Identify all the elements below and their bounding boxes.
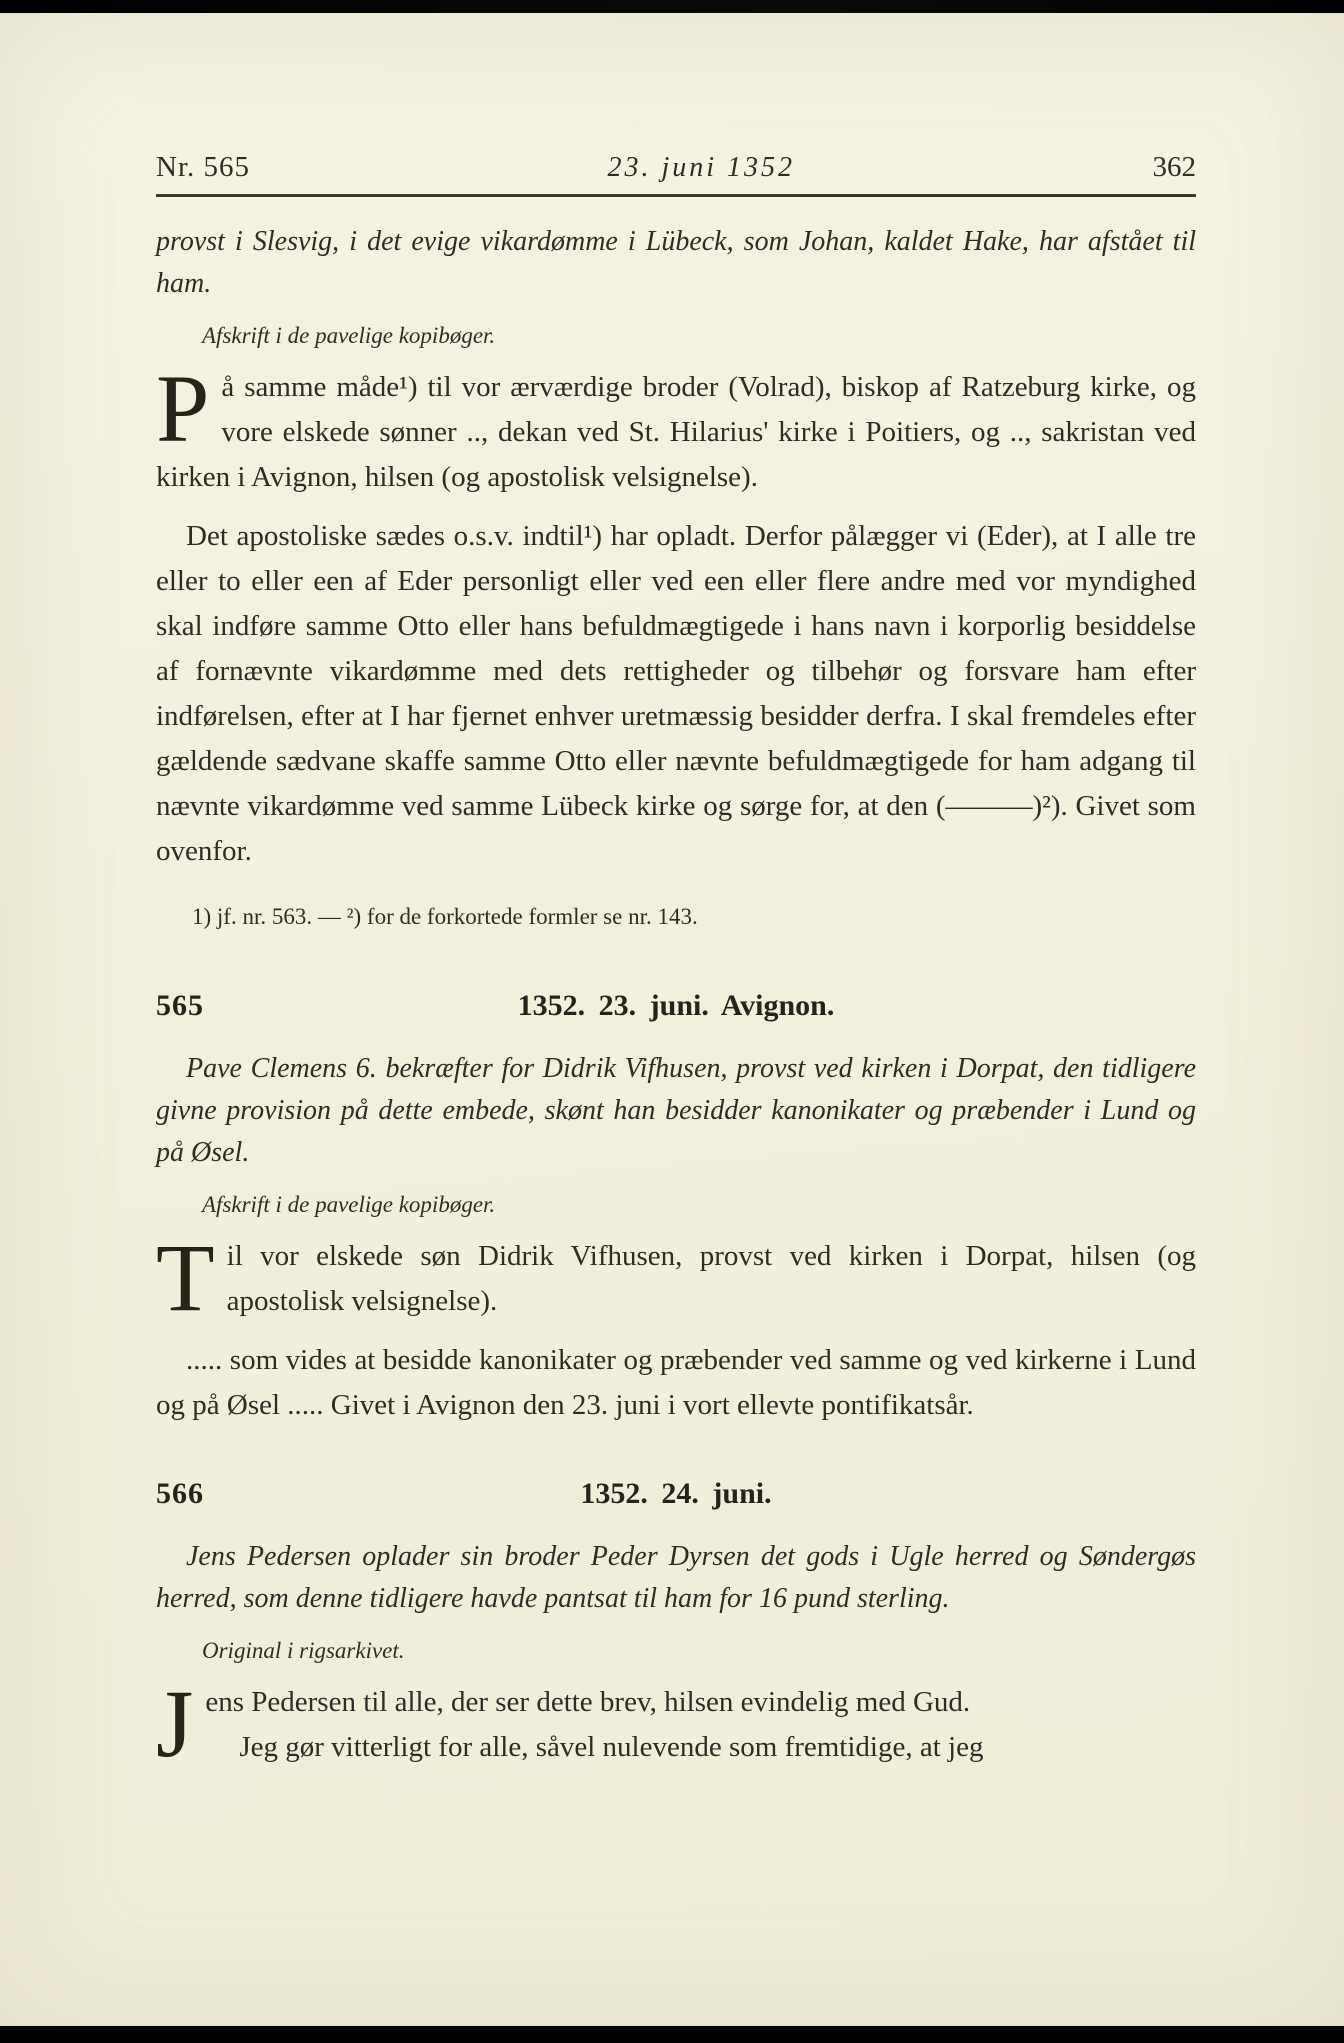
entry-565-salutation-text: il vor elskede søn Didrik Vifhusen, prov… (227, 1240, 1196, 1317)
entry-number-header: Nr. 565 (156, 151, 250, 184)
entry-564-summary-continuation: provst i Slesvig, i det evige vikardømme… (156, 221, 1196, 305)
entry-564-source-note: Afskrift i de pavelige kopibøger. (202, 321, 1196, 351)
entry-566-number: 566 (156, 1476, 204, 1512)
entry-564-footnote: 1) jf. nr. 563. — ²) for de forkortede f… (192, 902, 1196, 932)
entry-566-source-note: Original i rigsarkivet. (202, 1636, 1196, 1666)
entry-566-summary: Jens Pedersen oplader sin broder Peder D… (156, 1536, 1196, 1620)
entry-564-salutation: På samme måde¹) til vor ærværdige broder… (156, 365, 1196, 500)
page-number: 362 (1153, 151, 1197, 184)
running-header: Nr. 565 23. juni 1352 362 (156, 151, 1196, 197)
running-date: 23. juni 1352 (250, 152, 1153, 184)
page-content: Nr. 565 23. juni 1352 362 provst i Slesv… (0, 13, 1344, 1770)
entry-564-salutation-text: å samme måde¹) til vor ærværdige broder … (156, 371, 1196, 493)
entry-565-summary: Pave Clemens 6. bekræfter for Didrik Vif… (156, 1048, 1196, 1174)
entry-565-date: 1352. 23. juni. Avignon. (518, 989, 835, 1022)
book-page: Nr. 565 23. juni 1352 362 provst i Slesv… (0, 13, 1344, 2026)
scan-border-top (0, 0, 1344, 13)
entry-566-salutation: Jens Pedersen til alle, der ser dette br… (156, 1680, 1196, 1770)
entry-566-heading: 566 1352. 24. juni. (156, 1476, 1196, 1512)
entry-565-number: 565 (156, 988, 204, 1024)
entry-565-source-note: Afskrift i de pavelige kopibøger. (202, 1190, 1196, 1220)
entry-566-salutation-text: ens Pedersen til alle, der ser dette bre… (205, 1686, 970, 1718)
entry-566-date: 1352. 24. juni. (580, 1477, 771, 1510)
dropcap-initial-p: P (156, 365, 221, 447)
spacer (156, 932, 1196, 940)
entry-565-body: ..... som vides at besidde kanonikater o… (156, 1338, 1196, 1428)
dropcap-initial-t: T (156, 1234, 227, 1316)
scan-border-bottom (0, 2026, 1344, 2043)
entry-564-body: Det apostoliske sædes o.s.v. indtil¹) ha… (156, 514, 1196, 874)
entry-565-salutation: Til vor elskede søn Didrik Vifhusen, pro… (156, 1234, 1196, 1324)
dropcap-initial-j: J (156, 1680, 205, 1762)
entry-566-body-opening: Jeg gør vitterligt for alle, såvel nulev… (239, 1731, 983, 1763)
entry-565-heading: 565 1352. 23. juni. Avignon. (156, 988, 1196, 1024)
